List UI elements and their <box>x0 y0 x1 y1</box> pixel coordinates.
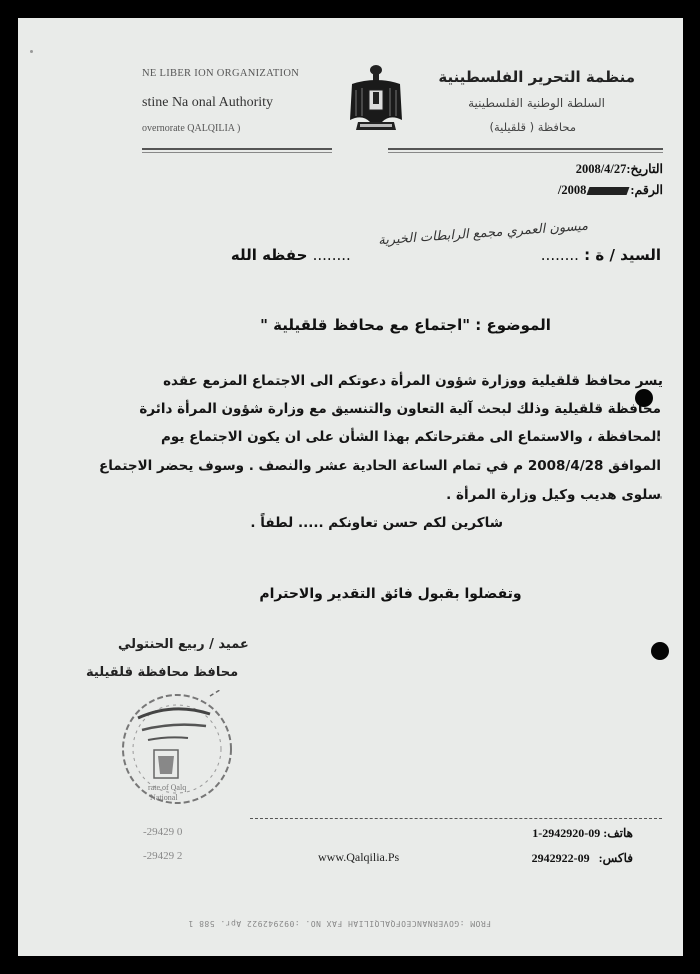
scan-speck <box>660 496 662 499</box>
scanned-letter-page: NE LIBER ION ORGANIZATION stine Na onal … <box>18 18 683 956</box>
blessing: حفظه الله <box>231 246 308 264</box>
ref-value: 2008/ <box>558 183 586 197</box>
header-rule-right <box>388 148 663 150</box>
letterhead-ar-line3: محافظة ( قلقيلية) <box>489 120 576 134</box>
ref-label: الرقم: <box>630 183 663 197</box>
body-line-1: يسر محافظ قلقيلية ووزارة شؤون المرأة دعو… <box>163 373 663 389</box>
header-rule-right-thin <box>388 152 663 153</box>
official-stamp-icon: rate of Qalq National <box>118 690 236 808</box>
footer-rule <box>250 818 662 819</box>
svg-text:rate of Qalq: rate of Qalq <box>148 783 186 792</box>
letterhead-en-line2: stine Na onal Authority <box>142 95 273 111</box>
footer-website: www.Qalqilia.Ps <box>318 850 399 865</box>
footer-left-fax: -29429 2 <box>143 850 182 862</box>
footer-telephone: هاتف: 09-2942920-1 <box>532 826 633 841</box>
letterhead-en-line3: overnorate QALQILIA ) <box>142 123 240 134</box>
letterhead-en-line1: NE LIBER ION ORGANIZATION <box>142 68 299 79</box>
tel-label: هاتف: <box>603 826 633 840</box>
scan-speck <box>658 436 660 439</box>
letter-subject: الموضوع : "اجتماع مع محافظ قلقيلية " <box>18 316 683 334</box>
tel-value: 09-2942920-1 <box>532 826 600 840</box>
letter-reference: الرقم:2008/ <box>558 182 663 198</box>
letterhead-ar-line2: السلطة الوطنية الفلسطينية <box>468 96 605 110</box>
scan-speck <box>30 50 33 53</box>
redacted-mark <box>587 187 630 195</box>
recipient-line: السيد / ة : ................ حفظه الله <box>231 246 661 264</box>
recipient-dots-2: ........ <box>313 246 351 264</box>
handwritten-recipient-name: ميسون العمري مجمع الرابطات الخيرية <box>377 219 588 249</box>
palestinian-eagle-emblem-icon <box>346 62 406 140</box>
letterhead-ar-line1: منظمة التحرير الفلسطينية <box>438 68 635 86</box>
body-line-2: محافظة قلقيلية وذلك لبحث آلية التعاون وا… <box>139 401 661 417</box>
recipient-dots: ........ <box>541 246 579 264</box>
signatory-name: عميد / ربيع الحنتولي <box>118 637 249 652</box>
date-label: التاريخ: <box>626 162 663 176</box>
body-line-4: الموافق 2008/4/28 م في تمام الساعة الحاد… <box>99 458 661 474</box>
footer-fax: فاكس: 09-2942922 <box>532 851 633 866</box>
date-value: 2008/4/27 <box>576 162 627 176</box>
fax-transmission-header: FROM :GOVERNANCEOFQALQILIAH FAX NO. :092… <box>188 919 491 928</box>
footer-left-tel: -29429 0 <box>143 826 182 838</box>
body-line-3: المحافظة ، والاستماع الى مقترحاتكم بهذا … <box>161 429 661 445</box>
signatory-title: محافظ محافظة قلقيلية <box>86 665 238 680</box>
body-line-5: سلوى هديب وكيل وزارة المرأة . <box>446 487 661 503</box>
closing-salutation: وتفضلوا بقبول فائق التقدير والاحترام <box>18 586 683 602</box>
fax-label: فاكس: <box>599 851 633 865</box>
punch-hole-upper <box>635 389 653 407</box>
punch-hole-lower <box>651 642 669 660</box>
body-line-6: شاكرين لكم حسن تعاونكم ..... لطفاً . <box>250 515 503 531</box>
fax-value: 09-2942922 <box>532 851 590 865</box>
svg-text:National: National <box>150 793 178 802</box>
header-rule-left <box>142 148 332 150</box>
header-rule-left-thin <box>142 152 332 153</box>
letter-date: التاريخ:2008/4/27 <box>576 161 663 177</box>
salutation: السيد / ة : <box>584 246 661 264</box>
